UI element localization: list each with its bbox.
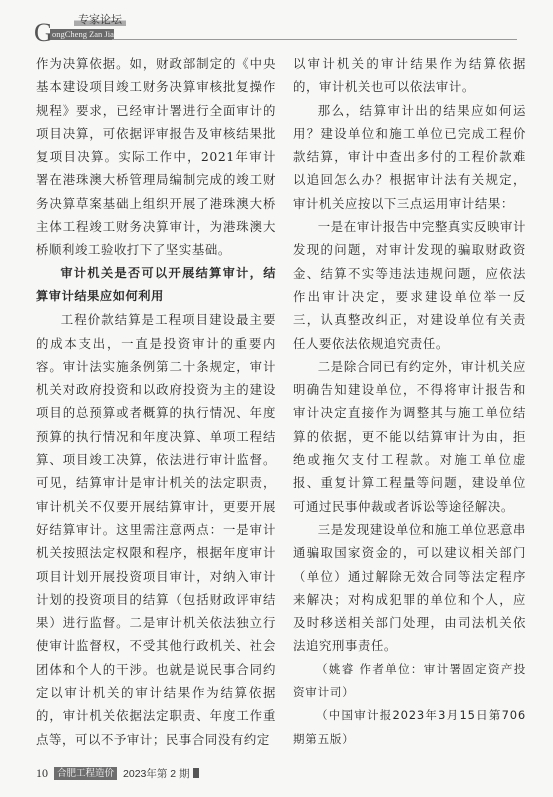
issue-label: 2023年第 2 期	[123, 766, 190, 781]
page-header: G 专家论坛 ongCheng Zan Jia	[0, 0, 553, 48]
page-number: 10	[36, 766, 48, 781]
section-pinyin-bar: ongCheng Zan Jia	[50, 29, 114, 40]
paragraph: 二是除合同已有约定外，审计机关应明确告知建设单位，不得将审计报告和审计决定直接作…	[293, 355, 526, 518]
paragraph: 三是发现建设单位和施工单位恶意串通骗取国家资金的，可以建议相关部门（单位）通过解…	[293, 518, 526, 658]
source-note: （中国审计报2023年3月15日第706期第五版）	[293, 704, 526, 751]
right-column: 以审计机关的审计结果作为结算依据的，审计机关也可以依法审计。 那么，结算审计出的…	[293, 52, 526, 751]
header-divider	[112, 39, 517, 40]
paragraph: 作为决算依据。如，财政部制定的《中央基本建设项目竣工财务决算审核批复操作规程》要…	[36, 52, 276, 262]
journal-name-badge: 合肥工程造价	[54, 767, 117, 780]
section-title: 专家论坛	[74, 14, 126, 26]
paragraph: 以审计机关的审计结果作为结算依据的，审计机关也可以依法审计。	[293, 52, 526, 99]
end-mark-icon	[193, 768, 199, 778]
paragraph: 一是在审计报告中完整真实反映审计发现的问题，对审计发现的骗取财政资金、结算不实等…	[293, 215, 526, 355]
page-footer: 10 合肥工程造价 2023年第 2 期	[36, 766, 199, 780]
paragraph: 工程价款结算是工程项目建设最主要的成本支出，一直是投资审计的重要内容。审计法实施…	[36, 308, 276, 751]
paragraph: 那么，结算审计出的结果应如何运用？建设单位和施工单位已完成工程价款结算，审计中查…	[293, 99, 526, 215]
author-note: （姚睿 作者单位：审计署固定资产投资审计司）	[293, 658, 526, 705]
left-column: 作为决算依据。如，财政部制定的《中央基本建设项目竣工财务决算审核批复操作规程》要…	[36, 52, 276, 751]
section-heading: 审计机关是否可以开展结算审计，结算审计结果应如何利用	[36, 262, 276, 309]
